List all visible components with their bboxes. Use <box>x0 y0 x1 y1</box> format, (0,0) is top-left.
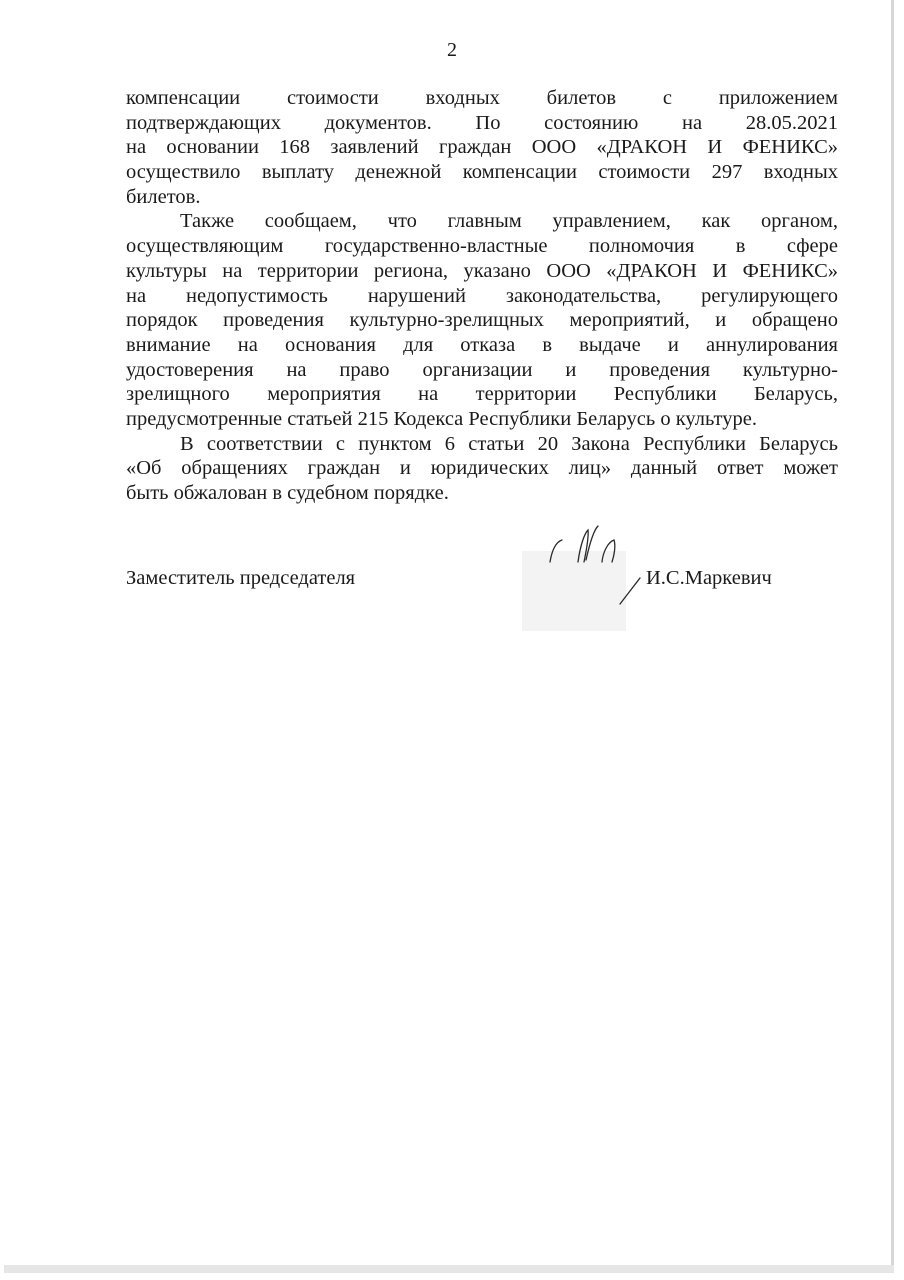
paragraph-appeal: В соответствии с пунктом 6 статьи 20 Зак… <box>126 432 838 506</box>
signer-name: И.С.Маркевич <box>646 566 772 590</box>
text-line: осуществляющим государственно-властные п… <box>126 234 838 259</box>
text-line: «Об обращениях граждан и юридических лиц… <box>126 456 838 481</box>
text-line: В соответствии с пунктом 6 статьи 20 Зак… <box>126 432 838 457</box>
text-line: культуры на территории региона, указано … <box>126 259 838 284</box>
page-edge-right <box>891 0 894 1268</box>
signature-block: Заместитель председателя И.С.Маркевич <box>126 566 838 596</box>
text-line: предусмотренные статьей 215 Кодекса Респ… <box>126 407 838 432</box>
text-line: удостоверения на право организации и про… <box>126 358 838 383</box>
text-line: на недопустимость нарушений законодатель… <box>126 284 838 309</box>
text-line: компенсации стоимости входных билетов с … <box>126 86 838 111</box>
page-edge-bottom <box>4 1265 894 1273</box>
paragraph-notice: Также сообщаем, что главным управлением,… <box>126 209 838 431</box>
text-line: подтверждающих документов. По состоянию … <box>126 111 838 136</box>
text-line: билетов. <box>126 185 838 210</box>
text-line: зрелищного мероприятия на территории Рес… <box>126 382 838 407</box>
signer-title: Заместитель председателя <box>126 566 355 590</box>
page-number: 2 <box>0 38 904 62</box>
text-line: быть обжалован в судебном порядке. <box>126 481 838 506</box>
letter-body: компенсации стоимости входных билетов с … <box>126 86 838 506</box>
text-line: осуществило выплату денежной компенсации… <box>126 160 838 185</box>
text-line: внимание на основания для отказа в выдач… <box>126 333 838 358</box>
text-line: на основании 168 заявлений граждан ООО «… <box>126 135 838 160</box>
paragraph-compensation: компенсации стоимости входных билетов с … <box>126 86 838 209</box>
text-line: порядок проведения культурно-зрелищных м… <box>126 308 838 333</box>
text-line: Также сообщаем, что главным управлением,… <box>126 209 838 234</box>
